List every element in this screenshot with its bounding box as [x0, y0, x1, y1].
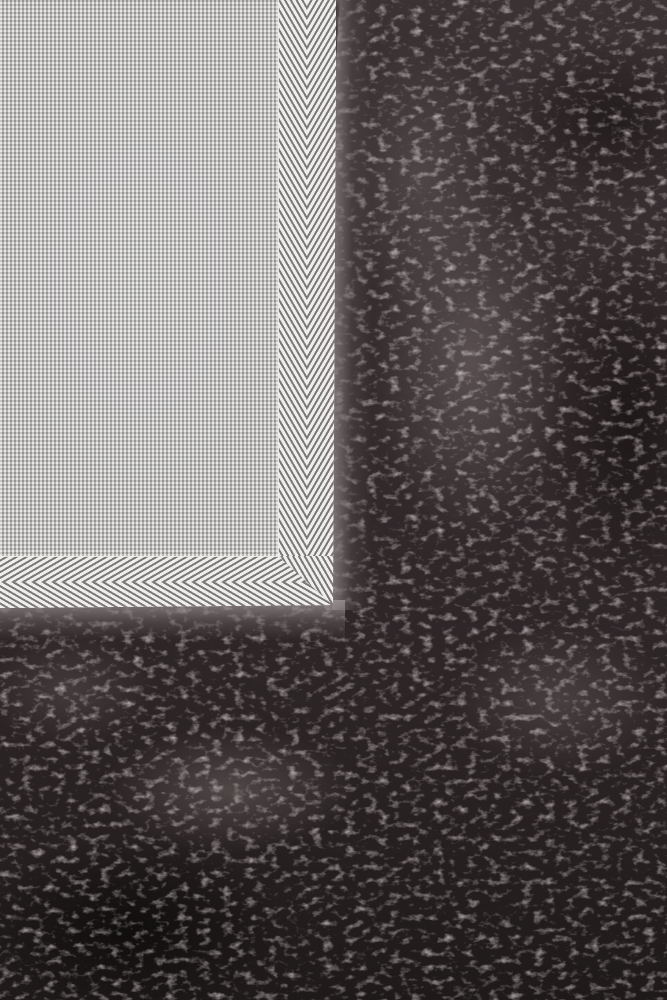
- rug-fringe-right: [332, 0, 372, 610]
- rug-photo: Shag rug corner with backing: [0, 0, 667, 1000]
- herringbone-half: [307, 0, 336, 556]
- rug-backing: [0, 0, 336, 608]
- binding-tape-vertical: [278, 0, 336, 556]
- herringbone-half: [0, 582, 336, 608]
- binding-tape-horizontal: [0, 556, 336, 608]
- woven-backing-fabric: [0, 0, 280, 556]
- seam-horizontal: [0, 556, 279, 557]
- seam-vertical: [278, 0, 279, 556]
